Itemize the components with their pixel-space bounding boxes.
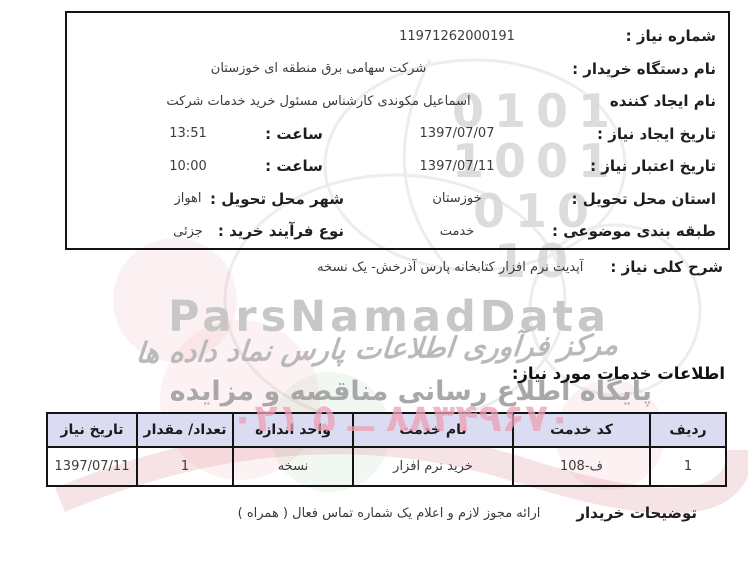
- watermark-brand-text: ParsNamadData: [168, 292, 610, 342]
- need-summary-label: شرح کلی نیاز :: [610, 258, 723, 276]
- services-table-header-row: ردیف کد خدمت نام خدمت واحد اندازه تعداد/…: [47, 413, 726, 447]
- delivery-province-value: خوزستان: [344, 191, 570, 206]
- info-row-delivery-province: استان محل تحویل : خوزستان شهر محل تحویل …: [67, 183, 728, 216]
- delivery-city-label: شهر محل تحویل :: [244, 190, 344, 208]
- info-row-creation-date: تاریخ ایجاد نیاز : 1397/07/07 ساعت : 13:…: [67, 118, 728, 151]
- cell-service-name: خرید نرم افزار: [353, 447, 513, 486]
- need-info-box: شماره نیاز : 11971262000191 نام دستگاه خ…: [65, 11, 730, 250]
- need-summary-row: شرح کلی نیاز : آپدیت نرم افزار کتابخانه …: [0, 258, 748, 276]
- procurement-need-document: { "info_box": { "rows": [ { "label": "شم…: [0, 0, 748, 561]
- buyer-name-value: شرکت سهامی برق منطقه ای خوزستان: [67, 61, 570, 76]
- cell-service-code: ف-108: [513, 447, 650, 486]
- cell-quantity: 1: [137, 447, 233, 486]
- expiry-date-value: 1397/07/11: [344, 159, 570, 174]
- creation-date-value: 1397/07/07: [344, 126, 570, 141]
- delivery-province-label: استان محل تحویل :: [570, 190, 728, 208]
- col-header-service-code: کد خدمت: [513, 413, 650, 447]
- need-number-value: 11971262000191: [344, 29, 570, 44]
- creation-time-value: 13:51: [132, 126, 244, 141]
- col-header-need-date: تاریخ نیاز: [47, 413, 137, 447]
- services-table-row: 1 ف-108 خرید نرم افزار نسخه 1 1397/07/11: [47, 447, 726, 486]
- info-row-need-number: شماره نیاز : 11971262000191: [67, 20, 728, 53]
- creation-date-label: تاریخ ایجاد نیاز :: [570, 125, 728, 143]
- creator-name-value: اسماعیل مکوندی کارشناس مسئول خرید خدمات …: [67, 94, 570, 109]
- subject-category-value: خدمت: [344, 224, 570, 239]
- col-header-unit: واحد اندازه: [233, 413, 353, 447]
- buyer-notes-row: توضیحات خریدار ارائه مجوز لازم و اعلام ی…: [0, 504, 748, 522]
- need-summary-value: آپدیت نرم افزار کتابخانه پارس آذرخش- یک …: [317, 260, 583, 275]
- creation-time-label: ساعت :: [244, 125, 344, 143]
- info-row-expiry-date: تاریخ اعتبار نیاز : 1397/07/11 ساعت : 10…: [67, 150, 728, 183]
- creator-name-label: نام ایجاد کننده: [570, 92, 728, 110]
- expiry-time-value: 10:00: [132, 159, 244, 174]
- info-row-creator-name: نام ایجاد کننده اسماعیل مکوندی کارشناس م…: [67, 85, 728, 118]
- buyer-notes-label: توضیحات خریدار: [576, 504, 697, 522]
- col-header-quantity: تعداد/ مقدار: [137, 413, 233, 447]
- purchase-process-label: نوع فرآیند خرید :: [244, 222, 344, 240]
- cell-unit: نسخه: [233, 447, 353, 486]
- delivery-city-value: اهواز: [132, 191, 244, 206]
- subject-category-label: طبقه بندی موضوعی :: [570, 222, 728, 240]
- services-table: ردیف کد خدمت نام خدمت واحد اندازه تعداد/…: [46, 412, 727, 487]
- expiry-time-label: ساعت :: [244, 157, 344, 175]
- cell-need-date: 1397/07/11: [47, 447, 137, 486]
- buyer-name-label: نام دستگاه خریدار :: [570, 60, 728, 78]
- purchase-process-value: جزئی: [132, 224, 244, 239]
- services-section-title: اطلاعات خدمات مورد نیاز:: [512, 364, 725, 383]
- col-header-service-name: نام خدمت: [353, 413, 513, 447]
- info-row-subject-category: طبقه بندی موضوعی : خدمت نوع فرآیند خرید …: [67, 215, 728, 248]
- cell-row-number: 1: [650, 447, 726, 486]
- buyer-notes-value: ارائه مجوز لازم و اعلام یک شماره تماس فع…: [238, 506, 541, 521]
- info-row-buyer-name: نام دستگاه خریدار : شرکت سهامی برق منطقه…: [67, 53, 728, 86]
- col-header-row-number: ردیف: [650, 413, 726, 447]
- expiry-date-label: تاریخ اعتبار نیاز :: [570, 157, 728, 175]
- watermark-calligraphy-text: مرکز فرآوری اطلاعات پارس نماد داده ها: [176, 328, 620, 369]
- need-number-label: شماره نیاز :: [570, 27, 728, 45]
